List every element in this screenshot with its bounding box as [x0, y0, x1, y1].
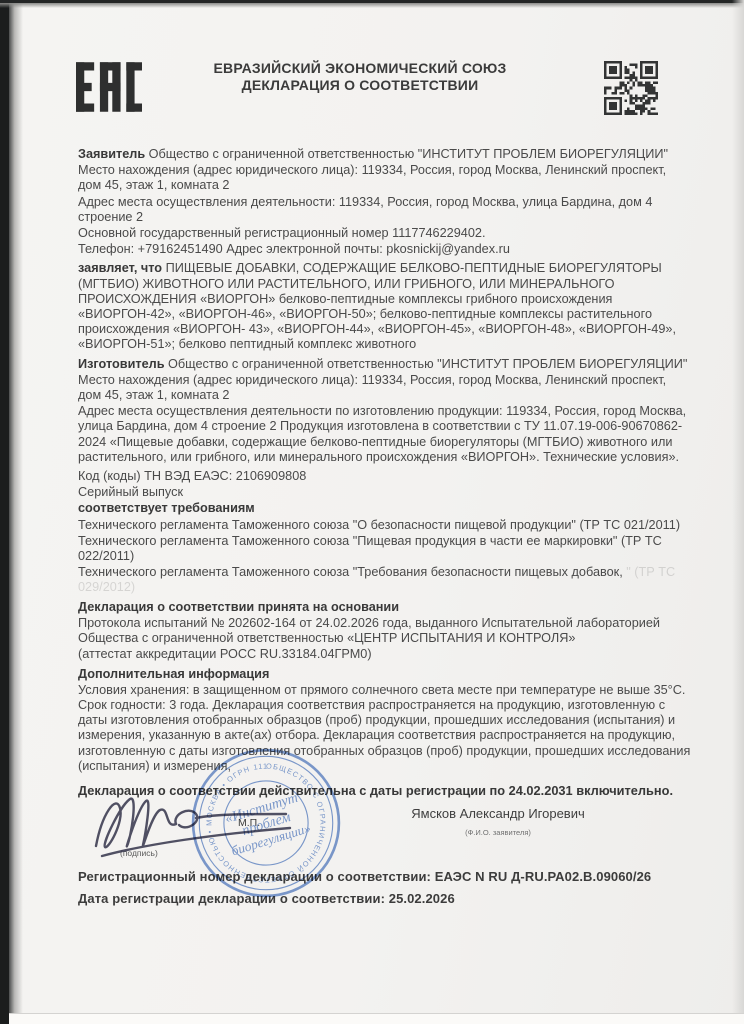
paragraph: Серийный выпуск — [78, 485, 691, 500]
document-header: ЕВРАЗИЙСКИЙ ЭКОНОМИЧЕСКИЙ СОЮЗ ДЕКЛАРАЦИ… — [150, 60, 570, 94]
paragraph: Технического регламента Таможенного союз… — [78, 565, 691, 595]
paragraph-text: Место нахождения (адрес юридического лиц… — [78, 373, 666, 402]
scan-edge-bottom — [9, 1013, 744, 1024]
paragraph: (аттестат аккредитации РОСС RU.33184.04Г… — [78, 647, 691, 662]
paragraph: Технического регламента Таможенного союз… — [78, 518, 691, 533]
declaration-body: Заявитель Общество с ограниченной ответс… — [78, 147, 691, 907]
paragraph: Технического регламента Таможенного союз… — [78, 534, 691, 564]
paragraph-text: Общество с ограниченной ответственностью… — [149, 147, 668, 161]
paragraph-text: Общество с ограниченной ответственностью… — [168, 357, 687, 371]
registration-date-value: 25.02.2026 — [389, 891, 455, 906]
paragraph-label: заявляет, что — [78, 261, 166, 275]
paragraph: Декларация о соответствии принята на осн… — [78, 600, 691, 615]
paragraph-label: Дополнительная информация — [78, 667, 269, 681]
paragraph-text: ПИЩЕВЫЕ ДОБАВКИ, СОДЕРЖАЩИЕ БЕЛКОВО-ПЕПТ… — [78, 261, 676, 351]
scan-edge-top-shadow — [0, 3, 744, 8]
paragraph-text: (аттестат аккредитации РОСС RU.33184.04Г… — [78, 647, 372, 661]
paragraph: заявляет, что ПИЩЕВЫЕ ДОБАВКИ, СОДЕРЖАЩИ… — [78, 261, 691, 352]
paragraph-text: Технического регламента Таможенного союз… — [78, 534, 662, 563]
paragraph: Место нахождения (адрес юридического лиц… — [78, 373, 691, 403]
paragraph: Адрес места осуществления деятельности: … — [78, 195, 691, 225]
scanned-declaration-page: { "header": { "eac_mark": "ЕАС", "union_… — [0, 0, 744, 1024]
paragraph-label: Заявитель — [78, 147, 149, 161]
paragraph: Телефон: +79162451490 Адрес электронной … — [78, 242, 691, 257]
paragraph: Дополнительная информация — [78, 667, 691, 682]
paragraph-text: Код (коды) ТН ВЭД ЕАЭС: 2106909808 — [78, 469, 306, 483]
signature-row: (подпись) М.П. Ямсков Александр Игоревич… — [78, 800, 691, 862]
scan-edge-left — [0, 0, 9, 1024]
paragraph: Условия хранения: в защищенном от прямог… — [78, 683, 691, 774]
paragraph: Заявитель Общество с ограниченной ответс… — [78, 147, 691, 162]
paragraph-label: соответствует требованиям — [78, 501, 255, 515]
paragraph: Изготовитель Общество с ограниченной отв… — [78, 357, 691, 372]
union-name: ЕВРАЗИЙСКИЙ ЭКОНОМИЧЕСКИЙ СОЮЗ — [150, 60, 570, 77]
paragraph-text: Серийный выпуск — [78, 485, 183, 499]
scan-edge-right-shadow — [732, 0, 744, 1024]
paragraph-text: Место нахождения (адрес юридического лиц… — [78, 163, 666, 192]
paragraph: Протокола испытаний № 202602-164 от 24.0… — [78, 616, 691, 646]
registration-number-line: Регистрационный номер декларации о соотв… — [78, 869, 691, 884]
signature-caption: (подпись) — [120, 846, 158, 861]
paragraph-label: Изготовитель — [78, 357, 168, 371]
paragraph-text: Адрес места осуществления деятельности: … — [78, 195, 652, 224]
paragraph-text: Протокола испытаний № 202602-164 от 24.0… — [78, 616, 660, 645]
registration-number-label: Регистрационный номер декларации о соотв… — [78, 869, 431, 884]
registration-date-line: Дата регистрации декларации о соответств… — [78, 891, 691, 906]
paragraph-text: Основной государственный регистрационный… — [78, 226, 485, 240]
paragraph-list: Заявитель Общество с ограниченной ответс… — [78, 147, 691, 774]
paragraph-text: Технического регламента Таможенного союз… — [78, 518, 680, 532]
paragraph: Адрес места осуществления деятельности п… — [78, 404, 691, 465]
paragraph: Основной государственный регистрационный… — [78, 226, 691, 241]
qr-code-icon — [604, 61, 658, 115]
validity-statement: Декларация о соответствии действительна … — [78, 783, 691, 798]
document-title: ДЕКЛАРАЦИЯ О СООТВЕТСТВИИ — [150, 77, 570, 94]
paragraph-text: Технического регламента Таможенного союз… — [78, 565, 623, 579]
scan-edge-left-shadow — [9, 0, 23, 1024]
stamp-place-note: М.П. — [238, 816, 260, 831]
paragraph-text: Адрес места осуществления деятельности п… — [78, 404, 686, 464]
paragraph-label: Декларация о соответствии принята на осн… — [78, 600, 399, 614]
eac-mark-icon — [76, 57, 142, 117]
paragraph-text: Телефон: +79162451490 Адрес электронной … — [78, 242, 510, 256]
registration-number-value: ЕАЭС N RU Д-RU.РА02.В.09060/26 — [435, 869, 652, 884]
registration-date-label: Дата регистрации декларации о соответств… — [78, 891, 385, 906]
paragraph: соответствует требованиям — [78, 501, 691, 516]
paragraph: Код (коды) ТН ВЭД ЕАЭС: 2106909808 — [78, 469, 691, 484]
paragraph: Место нахождения (адрес юридического лиц… — [78, 163, 691, 193]
paragraph-text: Условия хранения: в защищенном от прямог… — [78, 683, 690, 773]
applicant-name: Ямсков Александр Игоревич — [348, 806, 648, 821]
applicant-name-caption: (Ф.И.О. заявителя) — [348, 825, 648, 840]
